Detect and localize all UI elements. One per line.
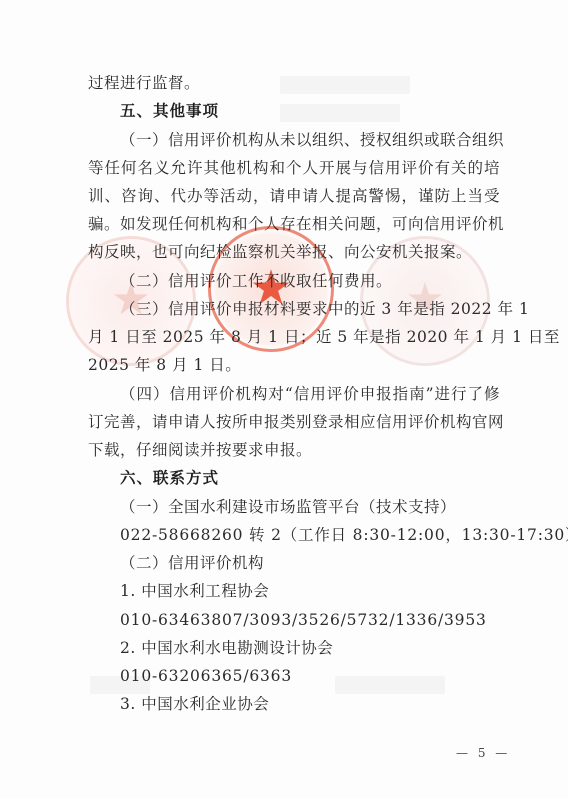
body-text-line: （二）信用评价工作不收取任何费用。 xyxy=(120,270,500,292)
section-heading-six: 六、联系方式 xyxy=(120,467,500,489)
section-heading-five: 五、其他事项 xyxy=(120,100,500,122)
body-text-line: 订完善，请申请人按所申报类别登录相应信用评价机构官网 xyxy=(88,411,500,433)
body-text-line: （四）信用评价机构对“信用评价申报指南”进行了修 xyxy=(120,383,500,405)
body-text-line: 过程进行监督。 xyxy=(88,72,500,94)
organization-name: 1. 中国水利工程协会 xyxy=(120,580,500,602)
page-number: — 5 — xyxy=(456,746,510,760)
body-text-line: 2025 年 8 月 1 日。 xyxy=(88,354,500,376)
body-text-line: 骗。如发现任何机构和个人存在相关问题，可向信用评价机 xyxy=(88,213,500,235)
body-text-line: 构反映，也可向纪检监察机关举报、向公安机关报案。 xyxy=(88,241,500,263)
body-text-line: （三）信用评价申报材料要求中的近 3 年是指 2022 年 1 xyxy=(120,298,500,320)
contact-line: （二）信用评价机构 xyxy=(120,552,500,574)
contact-line: （一）全国水利建设市场监管平台（技术支持） xyxy=(120,496,500,518)
body-text-line: 等任何名义允许其他机构和个人开展与信用评价有关的培 xyxy=(88,157,500,179)
contact-phone: 010-63206365/6363 xyxy=(120,665,500,687)
contact-phone: 022-58668260 转 2（工作日 8:30-12:00，13:30-17… xyxy=(120,524,500,546)
contact-phone: 010-63463807/3093/3526/5732/1336/3953 xyxy=(120,609,500,631)
body-text-line: 下载，仔细阅读并按要求申报。 xyxy=(88,439,500,461)
body-text-line: 月 1 日至 2025 年 8 月 1 日；近 5 年是指 2020 年 1 月… xyxy=(88,326,500,348)
organization-name: 2. 中国水利水电勘测设计协会 xyxy=(120,637,500,659)
organization-name: 3. 中国水利企业协会 xyxy=(120,693,500,715)
document-page: ★ ★ ★ 过程进行监督。 五、其他事项 （一）信用评价机构从未以组织、授权组织… xyxy=(0,0,568,798)
body-text-line: 训、咨询、代办等活动，请申请人提高警惕，谨防上当受 xyxy=(88,185,500,207)
body-text-line: （一）信用评价机构从未以组织、授权组织或联合组织 xyxy=(120,129,500,151)
